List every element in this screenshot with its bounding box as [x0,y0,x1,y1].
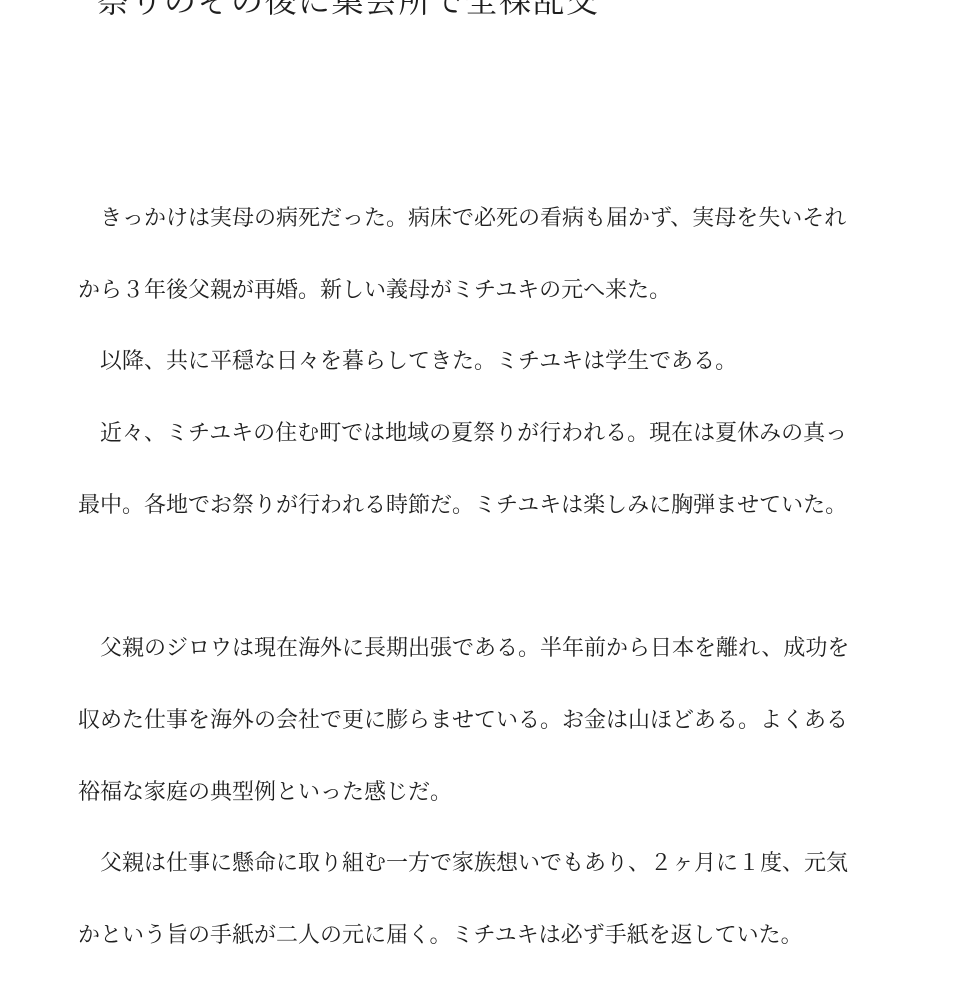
text-line: 収めた仕事を海外の会社で更に膨らませている。お金は山ほどある。よくある [78,685,918,757]
document-page: 祭りのその後に集会所で全裸乱交 きっかけは実母の病死だった。病床で必死の看病も届… [0,0,964,1007]
text-line: 父親は仕事に懸命に取り組む一方で家族想いでもあり、２ヶ月に１度、元気 [78,828,918,900]
text-line: 父親のジロウは現在海外に長期出張である。半年前から日本を離れ、成功を [78,613,918,685]
text-line: 裕福な家庭の典型例といった感じだ。 [78,757,918,829]
document-title: 祭りのその後に集会所で全裸乱交 [97,0,600,19]
text-line: 最中。各地でお祭りが行われる時節だ。ミチユキは楽しみに胸弾ませていた。 [78,470,918,542]
text-line: 以降、共に平穏な日々を暮らしてきた。ミチユキは学生である。 [78,326,918,398]
document-body: きっかけは実母の病死だった。病床で必死の看病も届かず、実母を失いそれから３年後父… [78,183,918,972]
text-line [78,541,918,613]
text-line: 近々、ミチユキの住む町では地域の夏祭りが行われる。現在は夏休みの真っ [78,398,918,470]
text-line: から３年後父親が再婚。新しい義母がミチユキの元へ来た。 [78,255,918,327]
text-line: かという旨の手紙が二人の元に届く。ミチユキは必ず手紙を返していた。 [78,900,918,972]
text-line: きっかけは実母の病死だった。病床で必死の看病も届かず、実母を失いそれ [78,183,918,255]
